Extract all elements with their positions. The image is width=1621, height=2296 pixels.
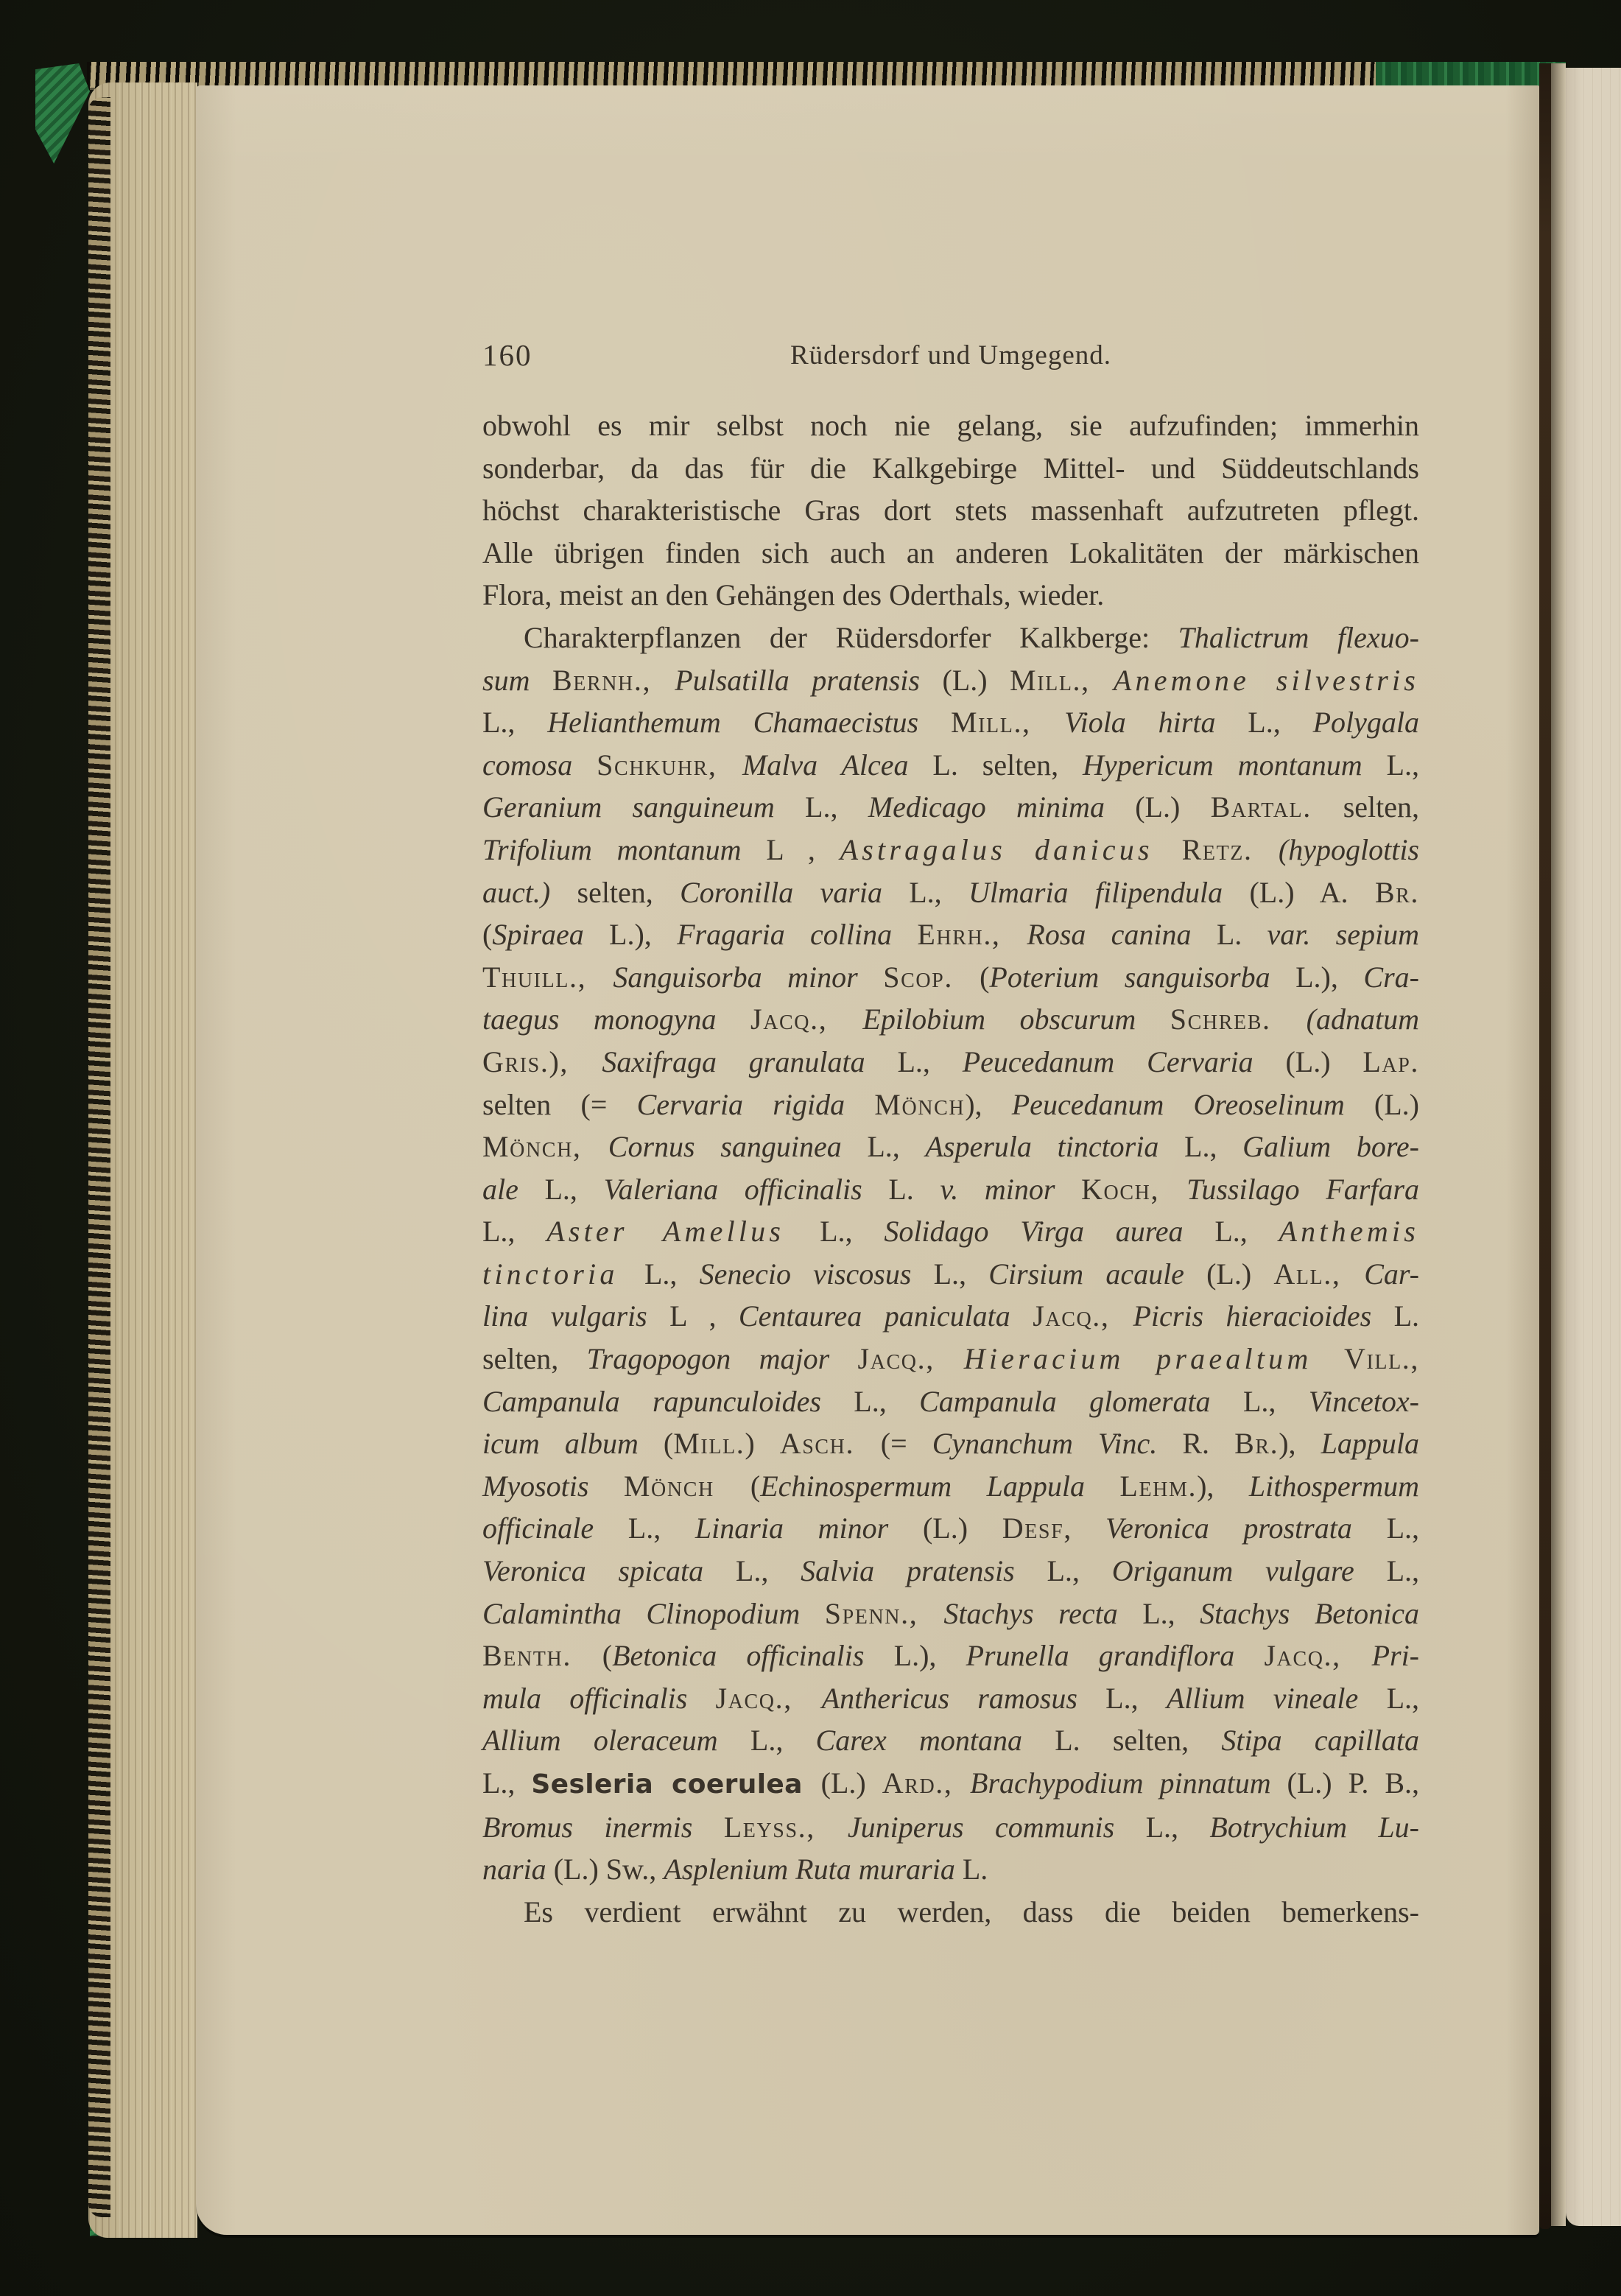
species-name: Campanula rapunculoides [482,1385,854,1418]
species-name: naria [482,1853,554,1886]
text-segment: L., [897,1045,962,1078]
species-name: Cynanchum Vinc. [932,1427,1183,1460]
author-abbreviation: Gris.), [482,1045,602,1078]
author-abbreviation: Scop. [883,961,980,994]
text-line: selten (= Cervaria rigida Mönch), Peuced… [482,1084,1419,1126]
species-name: Brachypodium pinnatum [970,1766,1287,1800]
facing-page-edge [1566,68,1621,2226]
species-name: Saxifraga granulata [602,1045,897,1078]
text-segment: L., [1387,1682,1419,1715]
text-line: Veronica spicata L., Salvia pratensis L.… [482,1550,1419,1593]
text-segment: Charakterpflanzen der Rüdersdorfer Kalkb… [524,621,1178,654]
species-name: Origanum vulgare [1112,1554,1387,1587]
author-abbreviation: Jacq., [858,1342,964,1375]
text-line: officinale L., Linaria minor (L.) Desf, … [482,1507,1419,1550]
species-name: sum [482,664,552,697]
text-segment: L., [628,1512,695,1545]
species-name: Picris hieracioides [1133,1299,1394,1333]
species-name: ale [482,1173,545,1206]
species-name: Lappula [1321,1427,1419,1460]
text-segment: L., [1146,1811,1210,1844]
species-name: Salvia pratensis [801,1554,1047,1587]
species-name: Ulmaria filipendula [968,876,1250,909]
text-line: L., Sesleria coerulea (L.) Ard., Brachyp… [482,1762,1419,1806]
author-abbreviation: Lap. [1362,1045,1419,1078]
text-segment: L., [867,1130,925,1163]
species-name: Calamintha Clinopodium [482,1597,825,1630]
species-name: lina vulgaris [482,1299,669,1333]
species-name: comosa [482,748,597,782]
book-scan: { "colors": { "cover_background": "#171a… [0,0,1621,2296]
species-name: Malva Alcea [742,748,932,782]
species-name: mula officinalis [482,1682,716,1715]
gutter-shadow [1551,63,1566,2226]
text-line: ale L., Valeriana officinalis L. v. mino… [482,1168,1419,1211]
text-line: icum album (Mill.) Asch. (= Cynanchum Vi… [482,1422,1419,1465]
species-name: Senecio viscosus [700,1257,934,1291]
gutter-groove [1539,63,1551,2229]
text-line: L., Helianthemum Chamaecistus Mill., Vio… [482,701,1419,744]
text-segment: Flora, meist an den Gehängen des Odertha… [482,578,1104,611]
text-segment: L.), [609,918,677,951]
text-segment: L. [1217,918,1267,951]
species-name: Stipa capillata [1221,1724,1419,1757]
species-name: Tussilago Farfara [1186,1173,1419,1206]
text-line: comosa Schkuhr, Malva Alcea L. selten, H… [482,744,1419,787]
species-name: Helianthemum Chamaecistus [547,706,951,739]
author-abbreviation: Ard., [882,1766,970,1800]
text-segment: L., [482,706,547,739]
species-name: Spiraea [492,918,609,951]
text-segment: L., [1214,1215,1279,1248]
text-line: Bromus inermis Leyss., Juniperus communi… [482,1806,1419,1849]
binding-cloth-corner-top-left [35,63,90,164]
text-segment: Alle übrigen finden sich auch an anderen… [482,536,1419,569]
species-name: Poterium sanguisorba [989,961,1295,994]
author-abbreviation: Lehm. [1119,1470,1197,1503]
text-line: taegus monogyna Jacq., Epilobium obscuru… [482,998,1419,1041]
text-segment: L. [963,1853,988,1886]
text-line: Allium oleraceum L., Carex montana L. se… [482,1719,1419,1762]
species-name: Anemone silvestris [1114,664,1419,697]
species-name: Veronica spicata [482,1554,736,1587]
species-name: Vincetox- [1309,1385,1419,1418]
text-segment: L.), [894,1639,966,1672]
species-name: Echinospermum Lappula [760,1470,1119,1503]
text-segment: L., [644,1257,700,1291]
species-name: Polygala [1313,706,1419,739]
species-name: Stachys recta [943,1597,1142,1630]
text-segment: L.), [1295,961,1363,994]
text-line: Charakterpflanzen der Rüdersdorfer Kalkb… [482,617,1419,659]
text-segment: selten, [482,1342,587,1375]
text-line: Myosotis Mönch (Echinospermum Lappula Le… [482,1465,1419,1508]
text-segment: L., [1184,1130,1242,1163]
text-segment: ) [745,1427,779,1460]
species-name: Tragopogon major [587,1342,858,1375]
text-segment: (L.) Sw., [554,1853,664,1886]
author-abbreviation: Thuill., [482,961,613,994]
species-name: Thalictrum flexuo- [1178,621,1419,654]
species-name: Car- [1364,1257,1419,1291]
author-abbreviation: Leyss., [724,1811,848,1844]
author-abbreviation: Jacq., [1033,1299,1133,1333]
author-abbreviation: Koch, [1081,1173,1186,1206]
species-name: Solidago Virga aurea [884,1215,1214,1248]
species-name: Coronilla varia [680,876,909,909]
text-segment: L., [545,1173,604,1206]
species-name: Geranium sanguineum [482,790,805,824]
species-name: Linaria minor [695,1512,923,1545]
species-name: icum album [482,1427,664,1460]
species-name: Botrychium Lu- [1209,1811,1419,1844]
author-abbreviation: Spenn., [825,1597,944,1630]
text-line: Flora, meist an den Gehängen des Odertha… [482,574,1419,617]
species-name: Trifolium montanum [482,833,766,866]
text-line: auct.) selten, Coronilla varia L., Ulmar… [482,871,1419,914]
species-name: (hypoglottis [1279,833,1419,866]
text-line: Calamintha Clinopodium Spenn., Stachys r… [482,1593,1419,1635]
text-segment: höchst charakteristische Gras dort stets… [482,494,1419,527]
text-line: mula officinalis Jacq., Anthericus ramos… [482,1677,1419,1720]
author-abbreviation: Jacq., [750,1003,862,1036]
species-name: Bromus inermis [482,1811,724,1844]
author-abbreviation: Mill., [951,706,1064,739]
author-abbreviation: Vill., [1344,1342,1419,1375]
text-segment: obwohl es mir selbst noch nie gelang, si… [482,409,1419,442]
text-segment: L., [909,876,968,909]
species-name: Medicago minima [868,790,1135,824]
species-name: Fragaria collina [677,918,917,951]
text-line: sum Bernh., Pulsatilla pratensis (L.) Mi… [482,659,1419,702]
species-name: Astragalus danicus [840,833,1182,866]
text-segment: ( [664,1427,673,1460]
text-segment: L., [1387,1512,1419,1545]
text-segment: ( [750,1470,760,1503]
author-abbreviation: Schkuhr, [597,748,742,782]
text-line: L., Aster Amellus L., Solidago Virga aur… [482,1210,1419,1253]
text-segment: (L.) [1206,1257,1273,1291]
text-line: selten, Tragopogon major Jacq., Hieraciu… [482,1338,1419,1380]
species-name: Anthemis [1279,1215,1419,1248]
text-segment: ( [482,918,492,951]
text-segment: L., [1243,1385,1309,1418]
text-segment: Es verdient erwähnt zu werden, dass die … [524,1895,1419,1928]
text-segment: ), [965,1088,1012,1121]
text-segment: L. [888,1173,940,1206]
text-segment: L., [1248,706,1312,739]
text-line: naria (L.) Sw., Asplenium Ruta muraria L… [482,1848,1419,1891]
text-segment: (L.) [1374,1088,1419,1121]
species-name: Stachys Betonica [1200,1597,1419,1630]
species-name: Lithospermum [1249,1470,1419,1503]
author-abbreviation: Retz. [1182,833,1279,866]
species-name: Hieracium praealtum [964,1342,1344,1375]
author-abbreviation: Mönch [874,1088,965,1121]
species-name: Aster Amellus [546,1215,820,1248]
text-segment: L. [1394,1299,1419,1333]
text-segment: L., [820,1215,884,1248]
text-line: (Spiraea L.), Fragaria collina Ehrh., Ro… [482,913,1419,956]
text-segment: L., [482,1766,531,1800]
text-segment: ), [1197,1470,1249,1503]
text-segment: (L.) [942,664,1010,697]
running-title: Rüdersdorf und Umgegend. [482,340,1419,371]
species-name: Hypericum montanum [1083,748,1387,782]
text-segment: L., [1142,1597,1200,1630]
species-name: Sanguisorba minor [613,961,883,994]
species-name: Cirsium acaule [988,1257,1206,1291]
author-abbreviation: Br. [1234,1427,1279,1460]
text-line: Es verdient erwähnt zu werden, dass die … [482,1891,1419,1934]
bold-species-name: Sesleria coerulea [531,1769,820,1800]
author-abbreviation: Desf [1002,1512,1064,1545]
text-segment: L., [854,1385,919,1418]
text-segment: (L.) [1285,1045,1362,1078]
text-segment: (L.) P. B., [1287,1766,1419,1800]
species-name: tinctoria [482,1257,644,1291]
species-name: Epilobium obscurum [862,1003,1170,1036]
text-line: Thuill., Sanguisorba minor Scop. (Poteri… [482,956,1419,999]
text-segment: (L.) [821,1766,882,1800]
species-name: Pulsatilla pratensis [675,664,942,697]
species-name: Pri- [1372,1639,1419,1672]
text-segment: (L.) A. [1249,876,1374,909]
page-header: 160 Rüdersdorf und Umgegend. [482,337,1419,376]
species-name: Cra- [1363,961,1419,994]
author-abbreviation: Mönch [624,1470,750,1503]
species-name: (adnatum [1307,1003,1419,1036]
text-segment: L., [1387,1554,1419,1587]
text-segment: L , [669,1299,739,1333]
text-line: tinctoria L., Senecio viscosus L., Cirsi… [482,1253,1419,1296]
text-line: Benth. (Betonica officinalis L.), Prunel… [482,1635,1419,1677]
author-abbreviation: Br. [1375,876,1419,909]
author-abbreviation: Mill. [673,1427,745,1460]
author-abbreviation: All., [1273,1257,1364,1291]
text-line: obwohl es mir selbst noch nie gelang, si… [482,404,1419,447]
left-edge-speckle [88,97,110,2217]
text-segment: L., [1105,1682,1167,1715]
species-name: Rosa canina [1027,918,1216,951]
species-name: Anthericus ramosus [822,1682,1105,1715]
species-name: Campanula glomerata [919,1385,1243,1418]
text-segment: (= [881,1427,932,1460]
species-name: Carex montana [816,1724,1055,1757]
species-name: Veronica prostrata [1105,1512,1387,1545]
author-abbreviation: Mönch, [482,1130,608,1163]
text-line: Alle übrigen finden sich auch an anderen… [482,532,1419,575]
species-name: Allium vineale [1167,1682,1387,1715]
species-name: Myosotis [482,1470,624,1503]
text-segment: L., [1387,748,1419,782]
author-abbreviation: Schreb. [1170,1003,1307,1036]
text-segment: L., [934,1257,989,1291]
author-abbreviation: Asch. [780,1427,881,1460]
body-text: obwohl es mir selbst noch nie gelang, si… [482,404,1419,1933]
species-name: taegus monogyna [482,1003,750,1036]
text-segment: ( [602,1639,612,1672]
text-segment: , [1063,1512,1105,1545]
text-line: Geranium sanguineum L., Medicago minima … [482,786,1419,829]
text-segment: L., [1047,1554,1111,1587]
text-line: höchst charakteristische Gras dort stets… [482,489,1419,532]
text-segment: L., [750,1724,816,1757]
species-name: Allium oleraceum [482,1724,750,1757]
species-name: var. sepium [1267,918,1419,951]
text-segment: L., [736,1554,801,1587]
text-segment: (L.) [1135,790,1210,824]
author-abbreviation: Bartal. [1211,790,1343,824]
text-segment: L , [766,833,840,866]
text-segment: L., [482,1215,546,1248]
text-segment: R. [1182,1427,1234,1460]
text-segment: ), [1279,1427,1321,1460]
text-line: sonderbar, da das für die Kalkgebirge Mi… [482,447,1419,490]
text-segment: ( [980,961,989,994]
author-abbreviation: Benth. [482,1639,602,1672]
species-name: Galium bore- [1242,1130,1419,1163]
species-name: Peucedanum Oreoselinum [1012,1088,1374,1121]
text-segment: L., [805,790,868,824]
species-name: Prunella grandiflora [966,1639,1265,1672]
author-abbreviation: Jacq., [1264,1639,1371,1672]
text-line: Campanula rapunculoides L., Campanula gl… [482,1380,1419,1423]
species-name: officinale [482,1512,628,1545]
species-name: v. minor [940,1173,1081,1206]
species-name: Juniperus communis [848,1811,1146,1844]
species-name: Asperula tinctoria [925,1130,1184,1163]
species-name: Betonica officinalis [612,1639,894,1672]
text-line: lina vulgaris L , Centaurea paniculata J… [482,1295,1419,1338]
text-segment: L. selten, [932,748,1083,782]
species-name: Asplenium Ruta muraria [664,1853,963,1886]
text-line: Trifolium montanum L , Astragalus danicu… [482,829,1419,871]
text-segment: selten, [577,876,681,909]
text-line: Mönch, Cornus sanguinea L., Asperula tin… [482,1126,1419,1168]
species-name: Viola hirta [1064,706,1248,739]
author-abbreviation: Jacq., [716,1682,822,1715]
author-abbreviation: Ehrh., [917,918,1027,951]
text-segment: (L.) [923,1512,1002,1545]
species-name: Valeriana officinalis [604,1173,889,1206]
author-abbreviation: Bernh., [552,664,675,697]
species-name: Centaurea paniculata [739,1299,1033,1333]
species-name: auct.) [482,876,577,909]
text-line: Gris.), Saxifraga granulata L., Peucedan… [482,1041,1419,1084]
text-segment: sonderbar, da das für die Kalkgebirge Mi… [482,452,1419,485]
species-name: Cervaria rigida [637,1088,875,1121]
species-name: Cornus sanguinea [608,1130,868,1163]
species-name: Peucedanum Cervaria [963,1045,1286,1078]
text-segment: L. selten, [1055,1724,1221,1757]
text-segment: selten (= [482,1088,637,1121]
text-segment: selten, [1343,790,1419,824]
author-abbreviation: Mill., [1010,664,1114,697]
